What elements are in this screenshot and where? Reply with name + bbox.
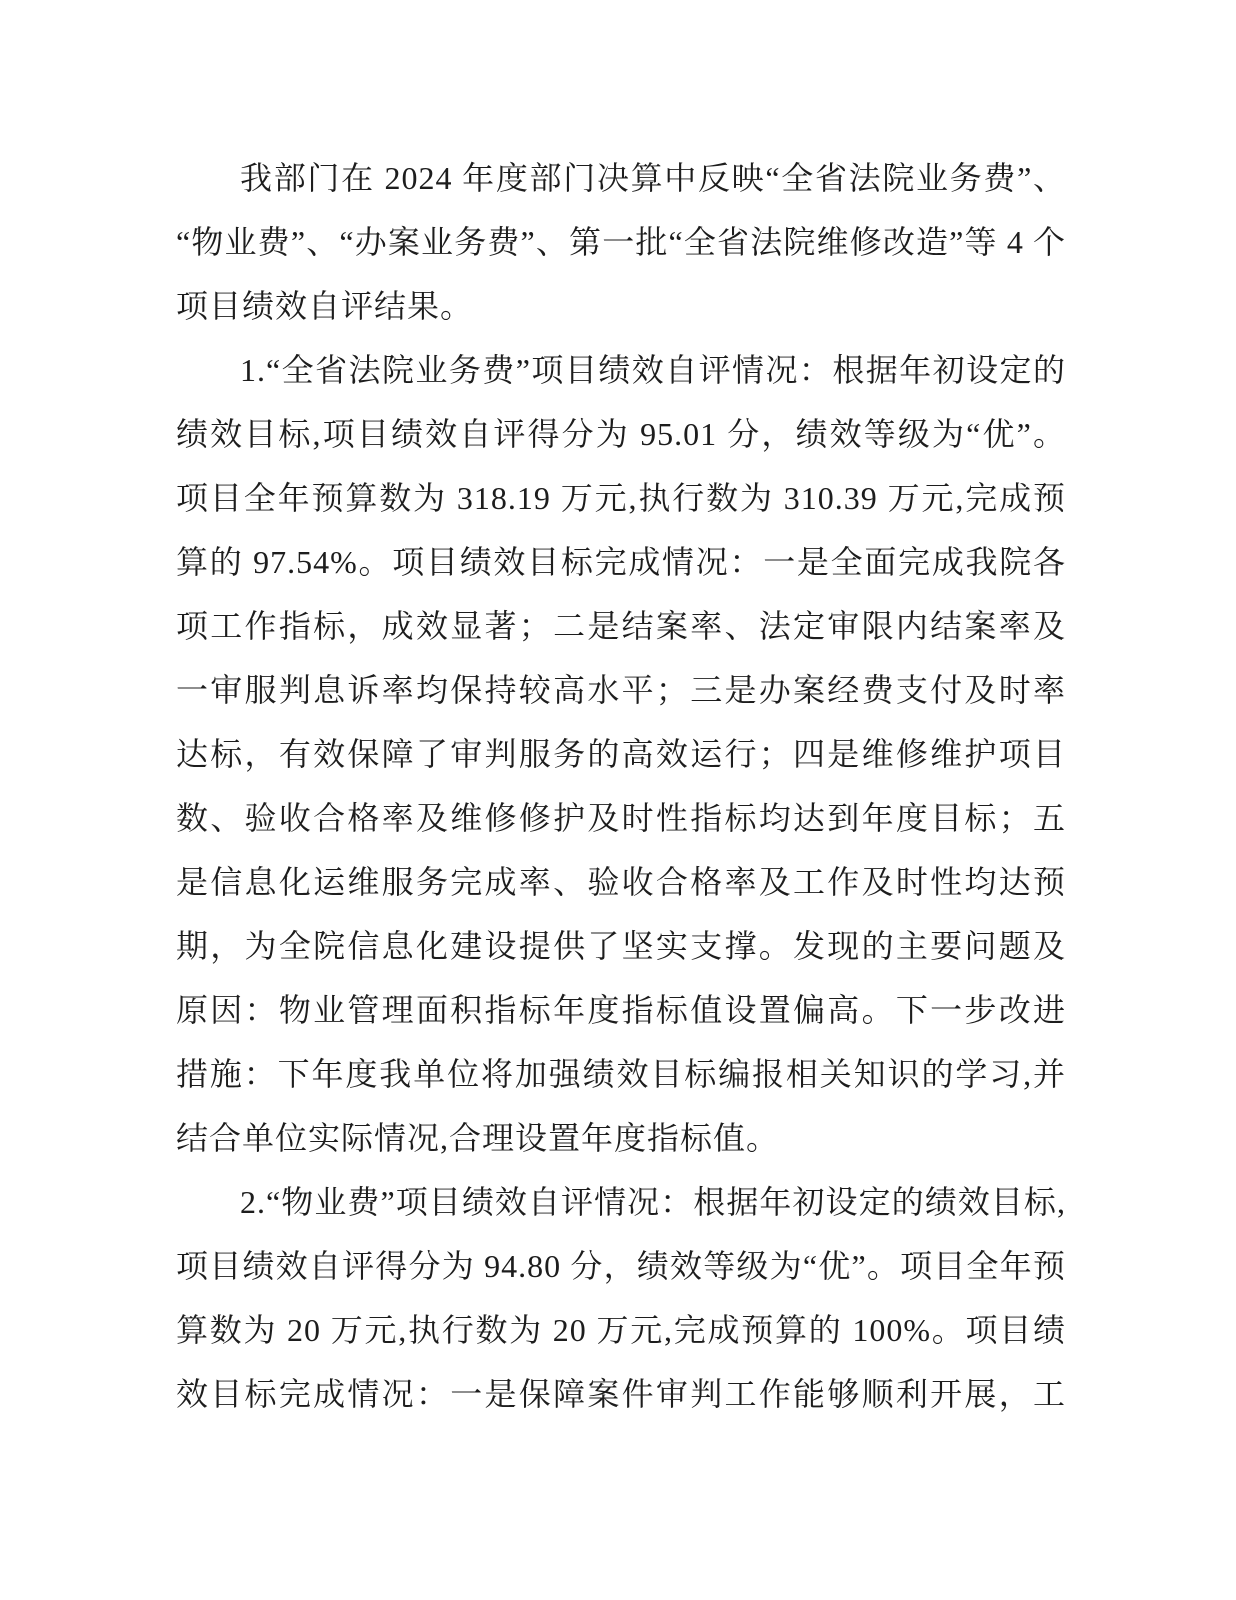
paragraph-project-1-court-operations-fee: 1.“全省法院业务费”项目绩效自评情况：根据年初设定的绩效目标,项目绩效自评得分… — [176, 338, 1066, 1170]
paragraph-intro-project-list: 我部门在 2024 年度部门决算中反映“全省法院业务费”、“物业费”、“办案业务… — [176, 146, 1066, 338]
paragraph-project-2-property-fee: 2.“物业费”项目绩效自评情况：根据年初设定的绩效目标,项目绩效自评得分为 94… — [176, 1170, 1066, 1426]
document-page: 我部门在 2024 年度部门决算中反映“全省法院业务费”、“物业费”、“办案业务… — [0, 0, 1236, 1600]
document-body: 我部门在 2024 年度部门决算中反映“全省法院业务费”、“物业费”、“办案业务… — [0, 0, 1236, 1426]
